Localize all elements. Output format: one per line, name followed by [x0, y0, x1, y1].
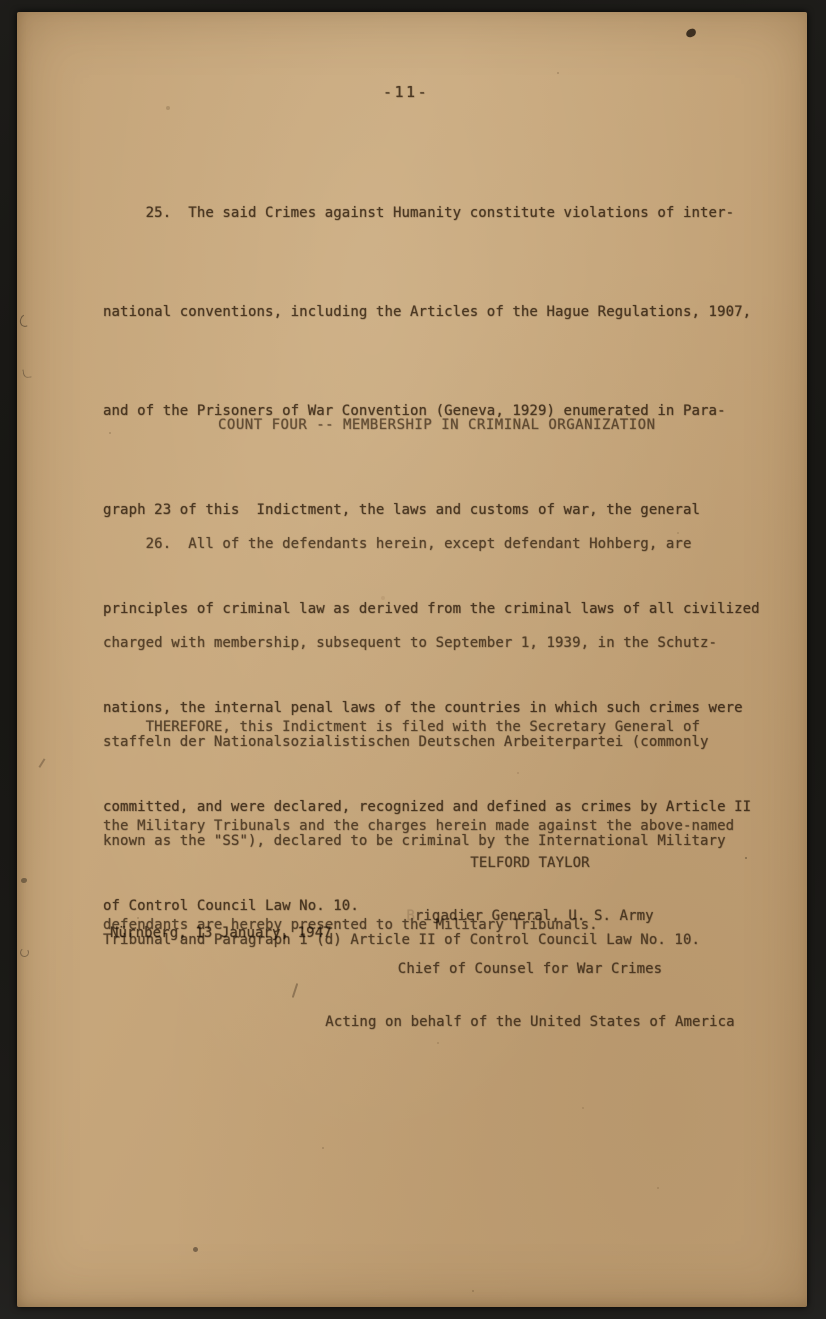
signatory-role: Chief of Counsel for War Crimes — [270, 961, 790, 979]
scan-background: -11- 25. The said Crimes against Humanit… — [0, 0, 826, 1319]
count-four-heading: COUNT FOUR -- MEMBERSHIP IN CRIMINAL ORG… — [218, 409, 656, 442]
pencil-mark — [19, 947, 29, 957]
pencil-mark — [38, 758, 45, 767]
signatory-authority: Acting on behalf of the United States of… — [270, 1014, 790, 1032]
page-number: -11- — [383, 84, 429, 100]
signature-block: TELFORD TAYLOR Brigadier General, U. S. … — [270, 820, 790, 1066]
text-line: THEREFORE, this Indictment is filed with… — [103, 711, 734, 744]
document-page: -11- 25. The said Crimes against Humanit… — [17, 12, 807, 1307]
text-line: national conventions, including the Arti… — [103, 296, 760, 329]
pencil-mark — [22, 368, 31, 378]
signatory-rank: Brigadier General, U. S. Army — [270, 908, 790, 926]
text-line: 25. The said Crimes against Humanity con… — [103, 197, 760, 230]
pencil-mark — [18, 313, 33, 329]
paper-grain — [17, 12, 19, 14]
pencil-mark — [21, 878, 27, 883]
faded-letter: B — [406, 908, 415, 924]
ink-spot — [685, 28, 697, 38]
rank-text: rigadier General, U. S. Army — [415, 908, 654, 924]
signatory-name: TELFORD TAYLOR — [270, 855, 790, 873]
paper-speck — [193, 1247, 198, 1252]
text-line: 26. All of the defendants herein, except… — [103, 528, 726, 561]
dateline: Nürnberg, 13 January, 1947 — [110, 923, 332, 943]
